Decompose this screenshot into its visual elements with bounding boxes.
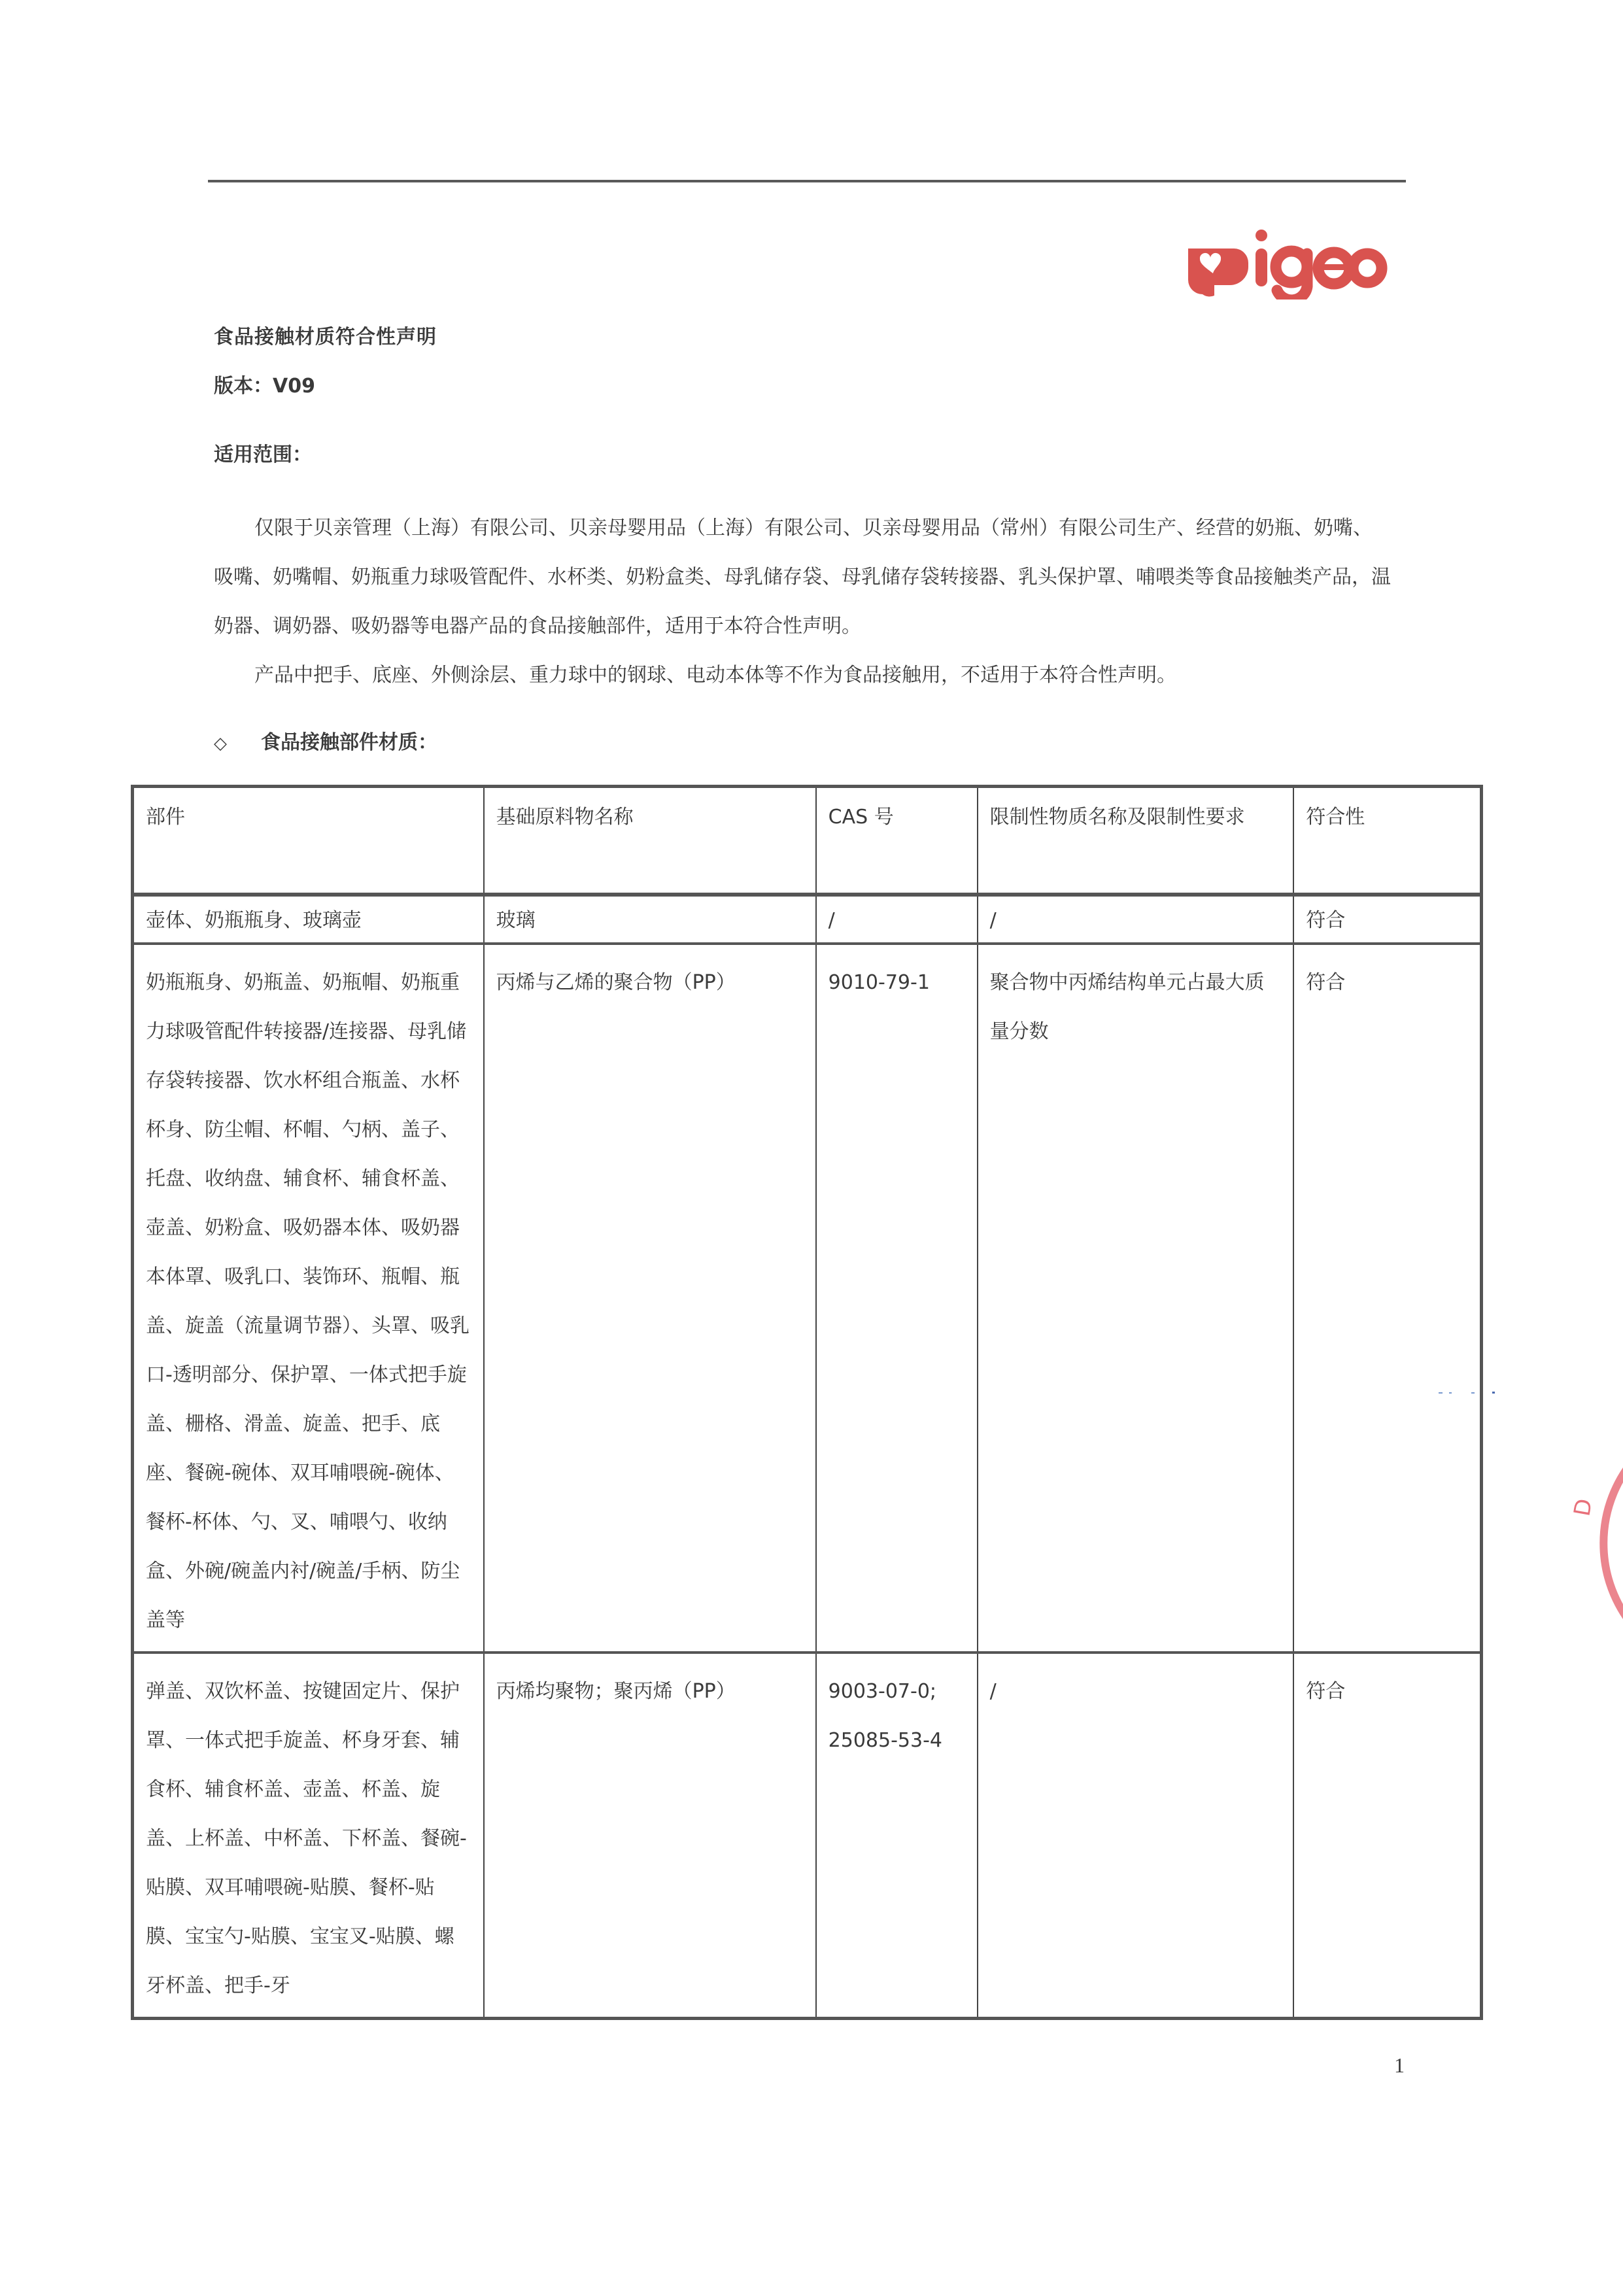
cell-restriction: 聚合物中丙烯结构单元占最大质量分数 bbox=[978, 944, 1294, 1653]
cas-number: 9003-07-0; bbox=[829, 1667, 965, 1716]
header-restriction: 限制性物质名称及限制性要求 bbox=[978, 787, 1294, 895]
cell-parts: 壶体、奶瓶瓶身、玻璃壶 bbox=[133, 895, 484, 944]
document-title: 食品接触材质符合性声明 bbox=[214, 320, 437, 349]
stamp-letter: D bbox=[1569, 1497, 1597, 1518]
cell-compliance: 符合 bbox=[1293, 895, 1481, 944]
cell-restriction: / bbox=[978, 895, 1294, 944]
cell-material: 玻璃 bbox=[484, 895, 816, 944]
cell-parts: 奶瓶瓶身、奶瓶盖、奶瓶帽、奶瓶重力球吸管配件转接器/连接器、母乳储存袋转接器、饮… bbox=[133, 944, 484, 1653]
table-header-row: 部件 基础原料物名称 CAS 号 限制性物质名称及限制性要求 符合性 bbox=[133, 787, 1482, 895]
cell-material: 丙烯与乙烯的聚合物（PP） bbox=[484, 944, 816, 1653]
pigeon-logo-icon bbox=[1174, 221, 1396, 300]
table-row: 壶体、奶瓶瓶身、玻璃壶 玻璃 / / 符合 bbox=[133, 895, 1482, 944]
cell-cas: / bbox=[816, 895, 978, 944]
section-heading-text: 食品接触部件材质： bbox=[261, 731, 437, 754]
header-parts: 部件 bbox=[133, 787, 484, 895]
cell-restriction: / bbox=[978, 1653, 1294, 2019]
scan-artifact-icon bbox=[1439, 1391, 1497, 1395]
scope-paragraph: 产品中把手、底座、外侧涂层、重力球中的钢球、电动本体等不作为食品接触用，不适用于… bbox=[214, 651, 1391, 700]
version-label: 版本：V09 bbox=[214, 369, 315, 398]
section-heading: ◇食品接触部件材质： bbox=[214, 726, 437, 755]
header-rule bbox=[208, 180, 1406, 182]
cell-cas: 9003-07-0; 25085-53-4 bbox=[816, 1653, 978, 2019]
cas-number: 25085-53-4 bbox=[829, 1716, 965, 1765]
table-row: 弹盖、双饮杯盖、按键固定片、保护罩、一体式把手旋盖、杯身牙套、辅食杯、辅食杯盖、… bbox=[133, 1653, 1482, 2019]
table-row: 奶瓶瓶身、奶瓶盖、奶瓶帽、奶瓶重力球吸管配件转接器/连接器、母乳储存袋转接器、饮… bbox=[133, 944, 1482, 1653]
cell-parts: 弹盖、双饮杯盖、按键固定片、保护罩、一体式把手旋盖、杯身牙套、辅食杯、辅食杯盖、… bbox=[133, 1653, 484, 2019]
scope-paragraph: 仅限于贝亲管理（上海）有限公司、贝亲母婴用品（上海）有限公司、贝亲母婴用品（常州… bbox=[214, 504, 1391, 651]
header-compliance: 符合性 bbox=[1293, 787, 1481, 895]
header-cas: CAS 号 bbox=[816, 787, 978, 895]
pigeon-logo bbox=[1174, 221, 1396, 300]
page-number: 1 bbox=[1394, 2053, 1405, 2078]
cell-material: 丙烯均聚物；聚丙烯（PP） bbox=[484, 1653, 816, 2019]
header-material: 基础原料物名称 bbox=[484, 787, 816, 895]
company-seal-stamp-icon: D bbox=[1543, 1445, 1623, 1641]
cell-cas: 9010-79-1 bbox=[816, 944, 978, 1653]
diamond-bullet-icon: ◇ bbox=[214, 734, 261, 753]
cell-compliance: 符合 bbox=[1293, 944, 1481, 1653]
cell-compliance: 符合 bbox=[1293, 1653, 1481, 2019]
scope-heading: 适用范围： bbox=[214, 438, 312, 467]
scope-body: 仅限于贝亲管理（上海）有限公司、贝亲母婴用品（上海）有限公司、贝亲母婴用品（常州… bbox=[214, 504, 1391, 700]
materials-table: 部件 基础原料物名称 CAS 号 限制性物质名称及限制性要求 符合性 壶体、奶瓶… bbox=[131, 785, 1483, 2020]
